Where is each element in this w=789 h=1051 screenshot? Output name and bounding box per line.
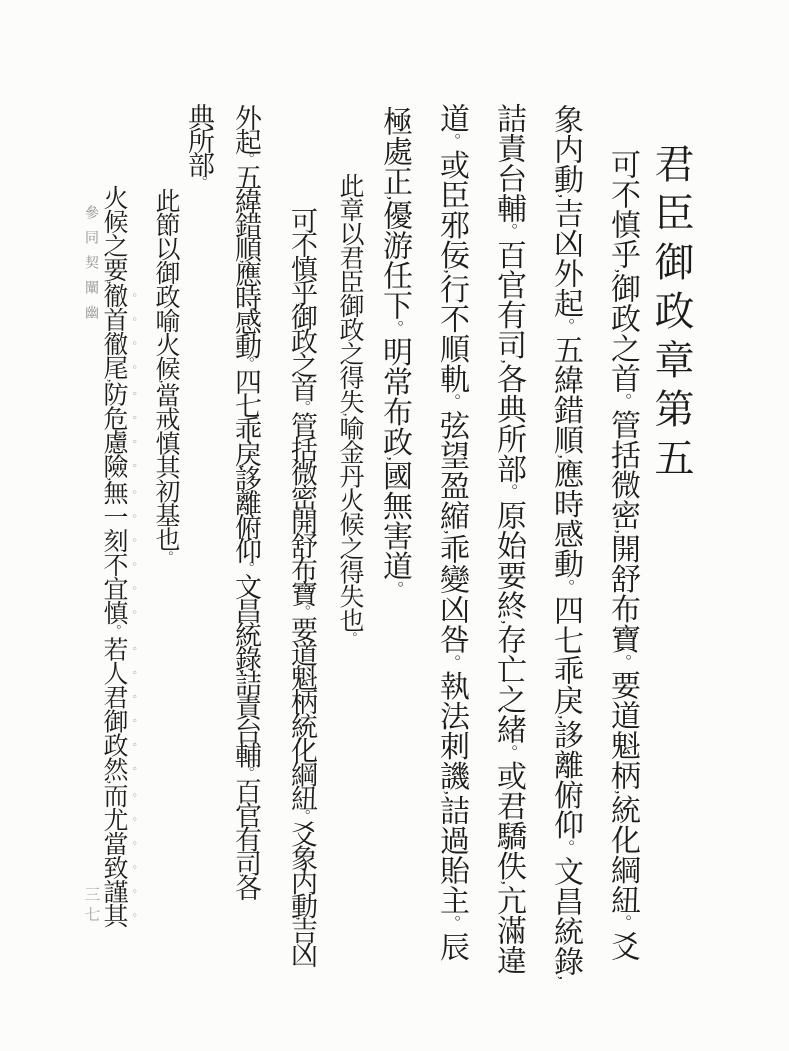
book-title-margin: 參同契闡幽 xyxy=(80,205,100,330)
commentary-body-emphasized: 徹首徹尾,防危慮險,無一刻不宜慎。若人君御政然,而尤當致謹其 xyxy=(100,283,127,927)
quoted-text-column-2: 外起。五緯錯順,應時感動。四七乖戾,誃離俯仰。文昌統錄,詰責台輔。百官有司,各 xyxy=(219,103,266,1051)
main-text-column-3: 詰責台輔。百官有司,各典所部。原始要終,存亡之緒。或君驕佚,亢滿違 xyxy=(473,103,530,1051)
book-page: 君臣御政章第五 可不慎乎,御政之首。管括微密,開舒布寶。要道魁柄,統化綱紐。爻 … xyxy=(0,0,789,1051)
commentary-intro-column: 此章以君臣御政之得失,喻金丹火候之得失也。 xyxy=(322,103,367,1051)
commentary-body-column: 火候之要,徹首徹尾,防危慮險,無一刻不宜慎。若人君御政然,而尤當致謹其 xyxy=(100,103,142,1051)
chapter-title-text: 君臣御政章第五 xyxy=(649,143,694,486)
main-text-column-1: 可不慎乎,御政之首。管括微密,開舒布寶。要道魁柄,統化綱紐。爻 xyxy=(587,103,644,1051)
main-text-column-4: 道。或臣邪佞,行不順軌。弦望盈縮,乖變凶咎。執法刺譏,詰過貽主。辰 xyxy=(416,103,473,1051)
text-block: 君臣御政章第五 可不慎乎,御政之首。管括微密,開舒布寶。要道魁柄,統化綱紐。爻 … xyxy=(100,103,700,1051)
quoted-text-column-1: 可不慎乎,御政之首。管括微密,開舒布寶。要道魁柄,統化綱紐。爻象内動,吉凶 xyxy=(266,103,322,1051)
commentary-note-column: 此節以御政喻火候,當戒慎其初基也。 xyxy=(142,103,183,1051)
commentary-body-plain: 火候之要, xyxy=(100,185,127,283)
quoted-text-column-3: 典所部。 xyxy=(183,103,219,1051)
main-text-column-5: 極處正,優游任下。明常布政,國無害道。 xyxy=(367,103,416,1051)
chapter-title: 君臣御政章第五 xyxy=(644,103,700,1051)
main-text-column-2: 象内動,吉凶外起。五緯錯順,應時感動。四七乖戾,誃離俯仰。文昌統錄, xyxy=(530,103,587,1051)
page-number: 三七 xyxy=(79,886,102,926)
